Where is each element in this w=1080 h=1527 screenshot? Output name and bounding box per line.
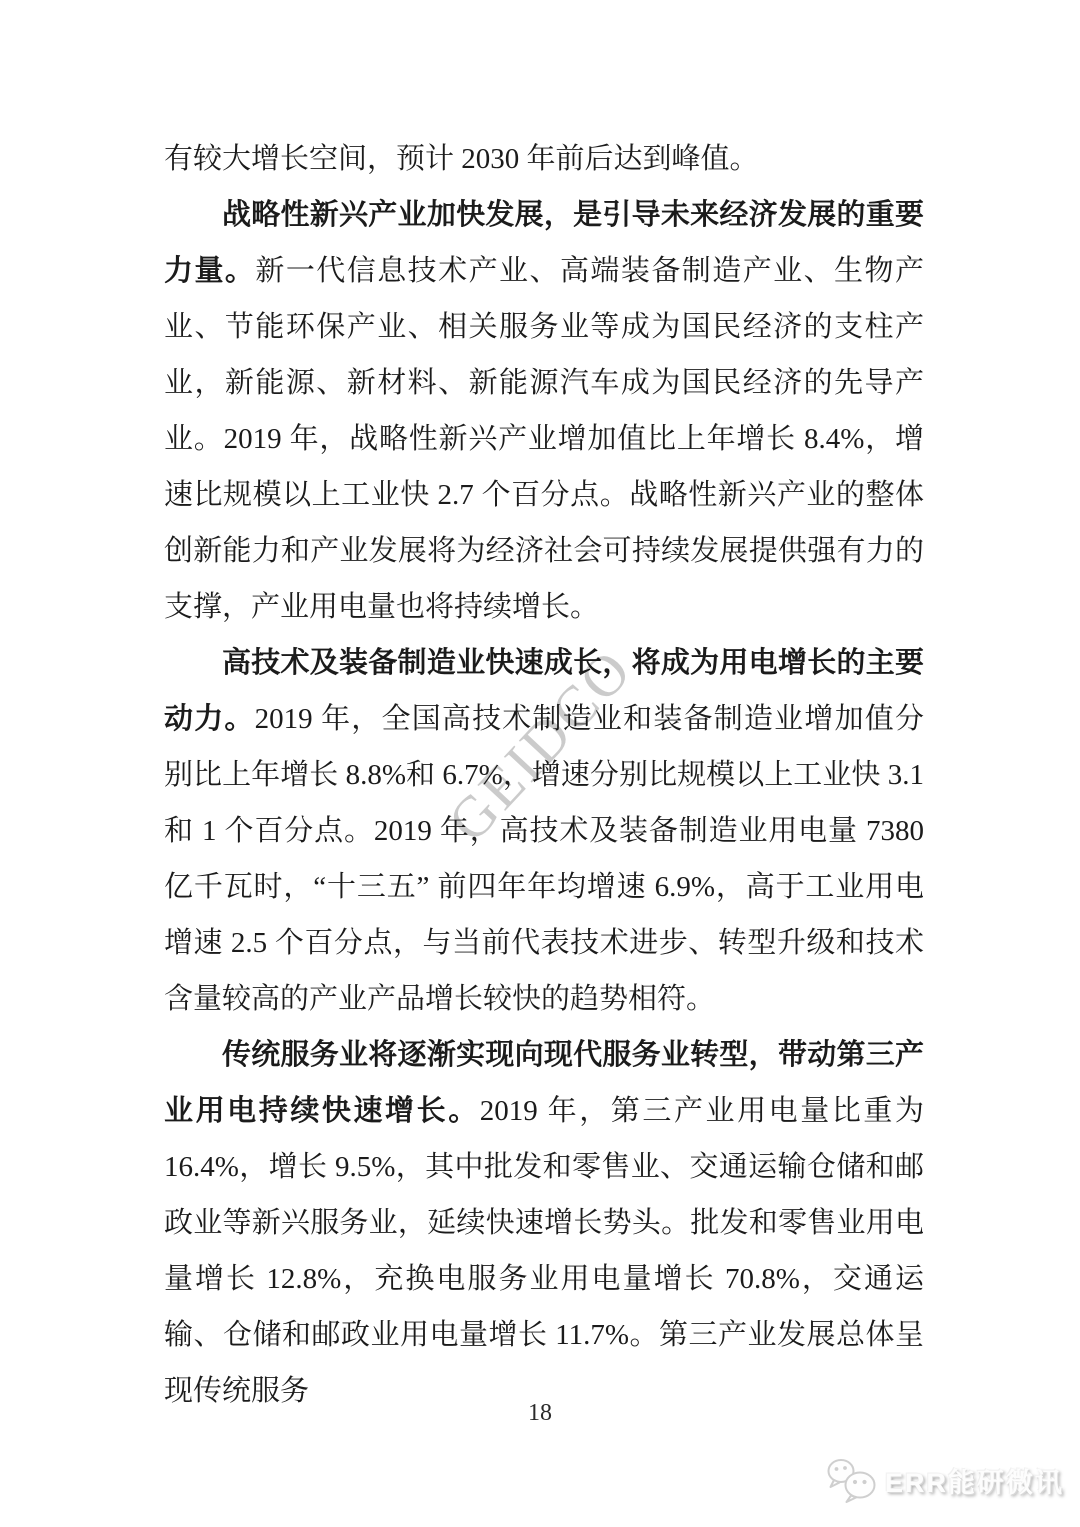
text-run: 2019 年，全国高技术制造业和装备制造业增加值分别比上年增长 8.8%和 6.… (164, 703, 924, 1015)
page-number: 18 (0, 1400, 1080, 1427)
body-paragraph: 有较大增长空间，预计 2030 年前后达到峰值。 (164, 131, 924, 187)
document-page: GEIDCO 有较大增长空间，预计 2030 年前后达到峰值。战略性新兴产业加快… (0, 0, 1080, 1527)
text-run: 新一代信息技术产业、高端装备制造产业、生物产业、节能环保产业、相关服务业等成为国… (164, 255, 924, 623)
body-paragraph: 传统服务业将逐渐实现向现代服务业转型，带动第三产业用电持续快速增长。2019 年… (164, 1027, 924, 1419)
wechat-icon (825, 1457, 879, 1503)
footer-brand: ERR能研微讯 (825, 1457, 1064, 1503)
body-paragraph: 战略性新兴产业加快发展，是引导未来经济发展的重要力量。新一代信息技术产业、高端装… (164, 187, 924, 635)
article-body: 有较大增长空间，预计 2030 年前后达到峰值。战略性新兴产业加快发展，是引导未… (164, 131, 924, 1419)
text-run: 2019 年，第三产业用电量比重为 16.4%，增长 9.5%，其中批发和零售业… (164, 1095, 924, 1407)
text-run: 有较大增长空间，预计 2030 年前后达到峰值。 (164, 143, 759, 175)
footer-brand-label: ERR能研微讯 (885, 1461, 1064, 1500)
body-paragraph: 高技术及装备制造业快速成长，将成为用电增长的主要动力。2019 年，全国高技术制… (164, 635, 924, 1027)
